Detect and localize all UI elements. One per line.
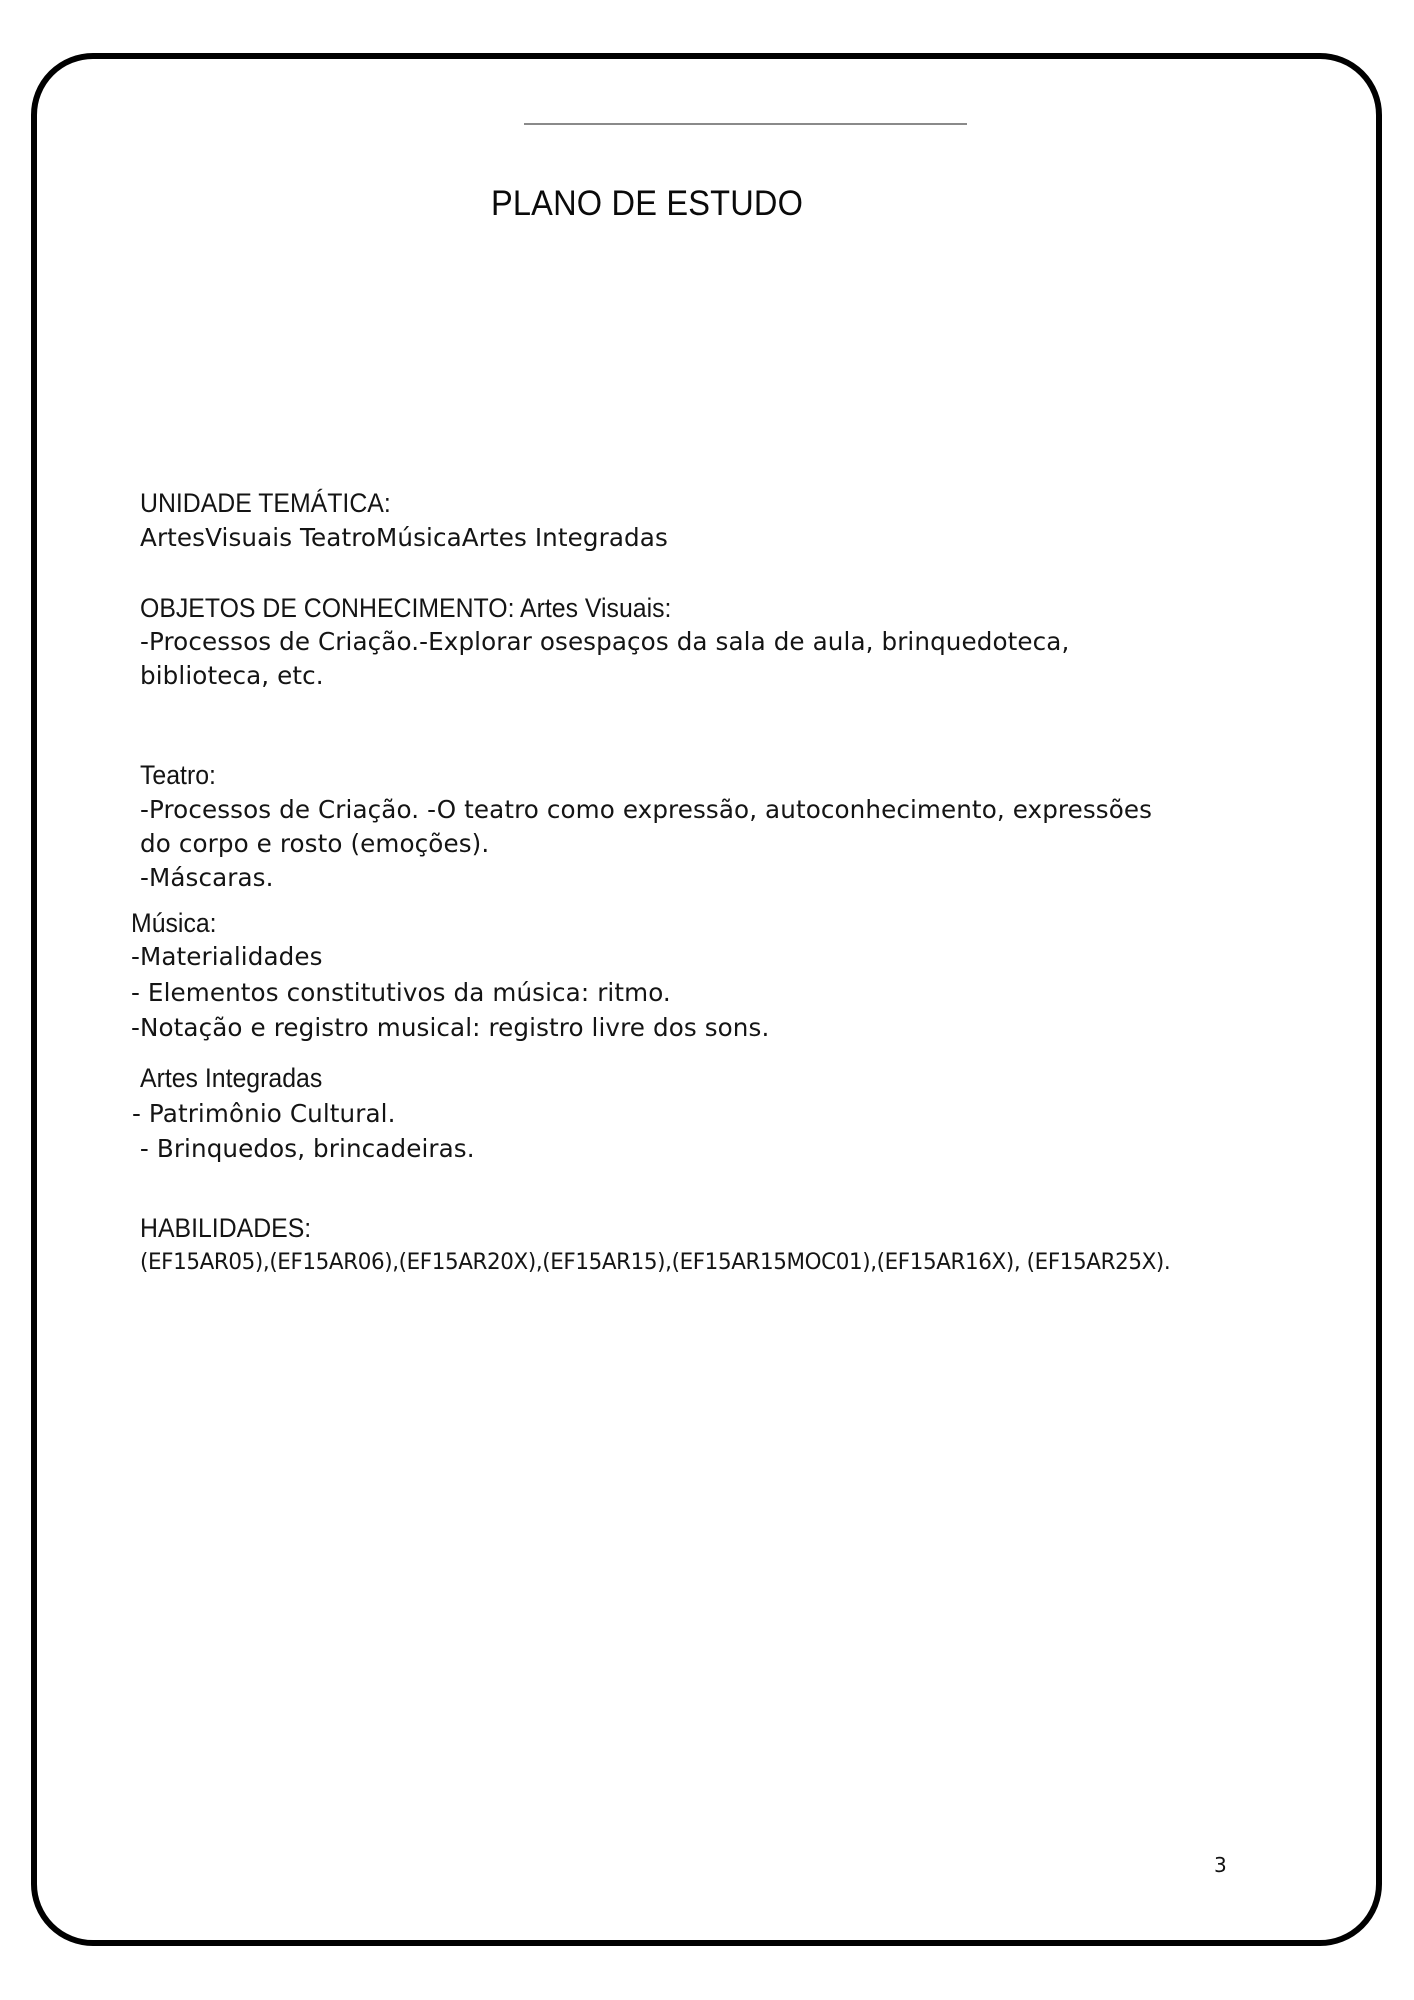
objetos-conhecimento-label: OBJETOS DE CONHECIMENTO: Artes Visuais: — [140, 591, 671, 625]
teatro-label: Teatro: — [140, 758, 216, 792]
musica-line: -Notação e registro musical: registro li… — [131, 1011, 769, 1045]
artes-integradas-line: - Patrimônio Cultural. — [132, 1097, 396, 1131]
artes-visuais-line: biblioteca, etc. — [140, 659, 324, 693]
page-title: PLANO DE ESTUDO — [491, 182, 803, 226]
artes-integradas-label: Artes Integradas — [140, 1061, 322, 1095]
musica-line: -Materialidades — [131, 940, 323, 974]
unidade-tematica-value: ArtesVisuais TeatroMúsicaArtes Integrada… — [140, 521, 668, 555]
header-divider-line — [524, 123, 967, 125]
page-number: 3 — [1214, 1853, 1227, 1877]
habilidades-label: HABILIDADES: — [140, 1211, 311, 1245]
musica-label: Música: — [131, 906, 217, 940]
teatro-line: -Máscaras. — [140, 861, 274, 895]
artes-visuais-line: -Processos de Criação.-Explorar osespaço… — [140, 625, 1069, 659]
unidade-tematica-label: UNIDADE TEMÁTICA: — [140, 486, 391, 520]
habilidades-codes: (EF15AR05),(EF15AR06),(EF15AR20X),(EF15A… — [140, 1248, 1170, 1278]
teatro-line: -Processos de Criação. -O teatro como ex… — [140, 793, 1152, 827]
artes-integradas-line: - Brinquedos, brincadeiras. — [132, 1132, 475, 1166]
teatro-line: do corpo e rosto (emoções). — [140, 827, 489, 861]
musica-line: - Elementos constitutivos da música: rit… — [131, 976, 671, 1010]
